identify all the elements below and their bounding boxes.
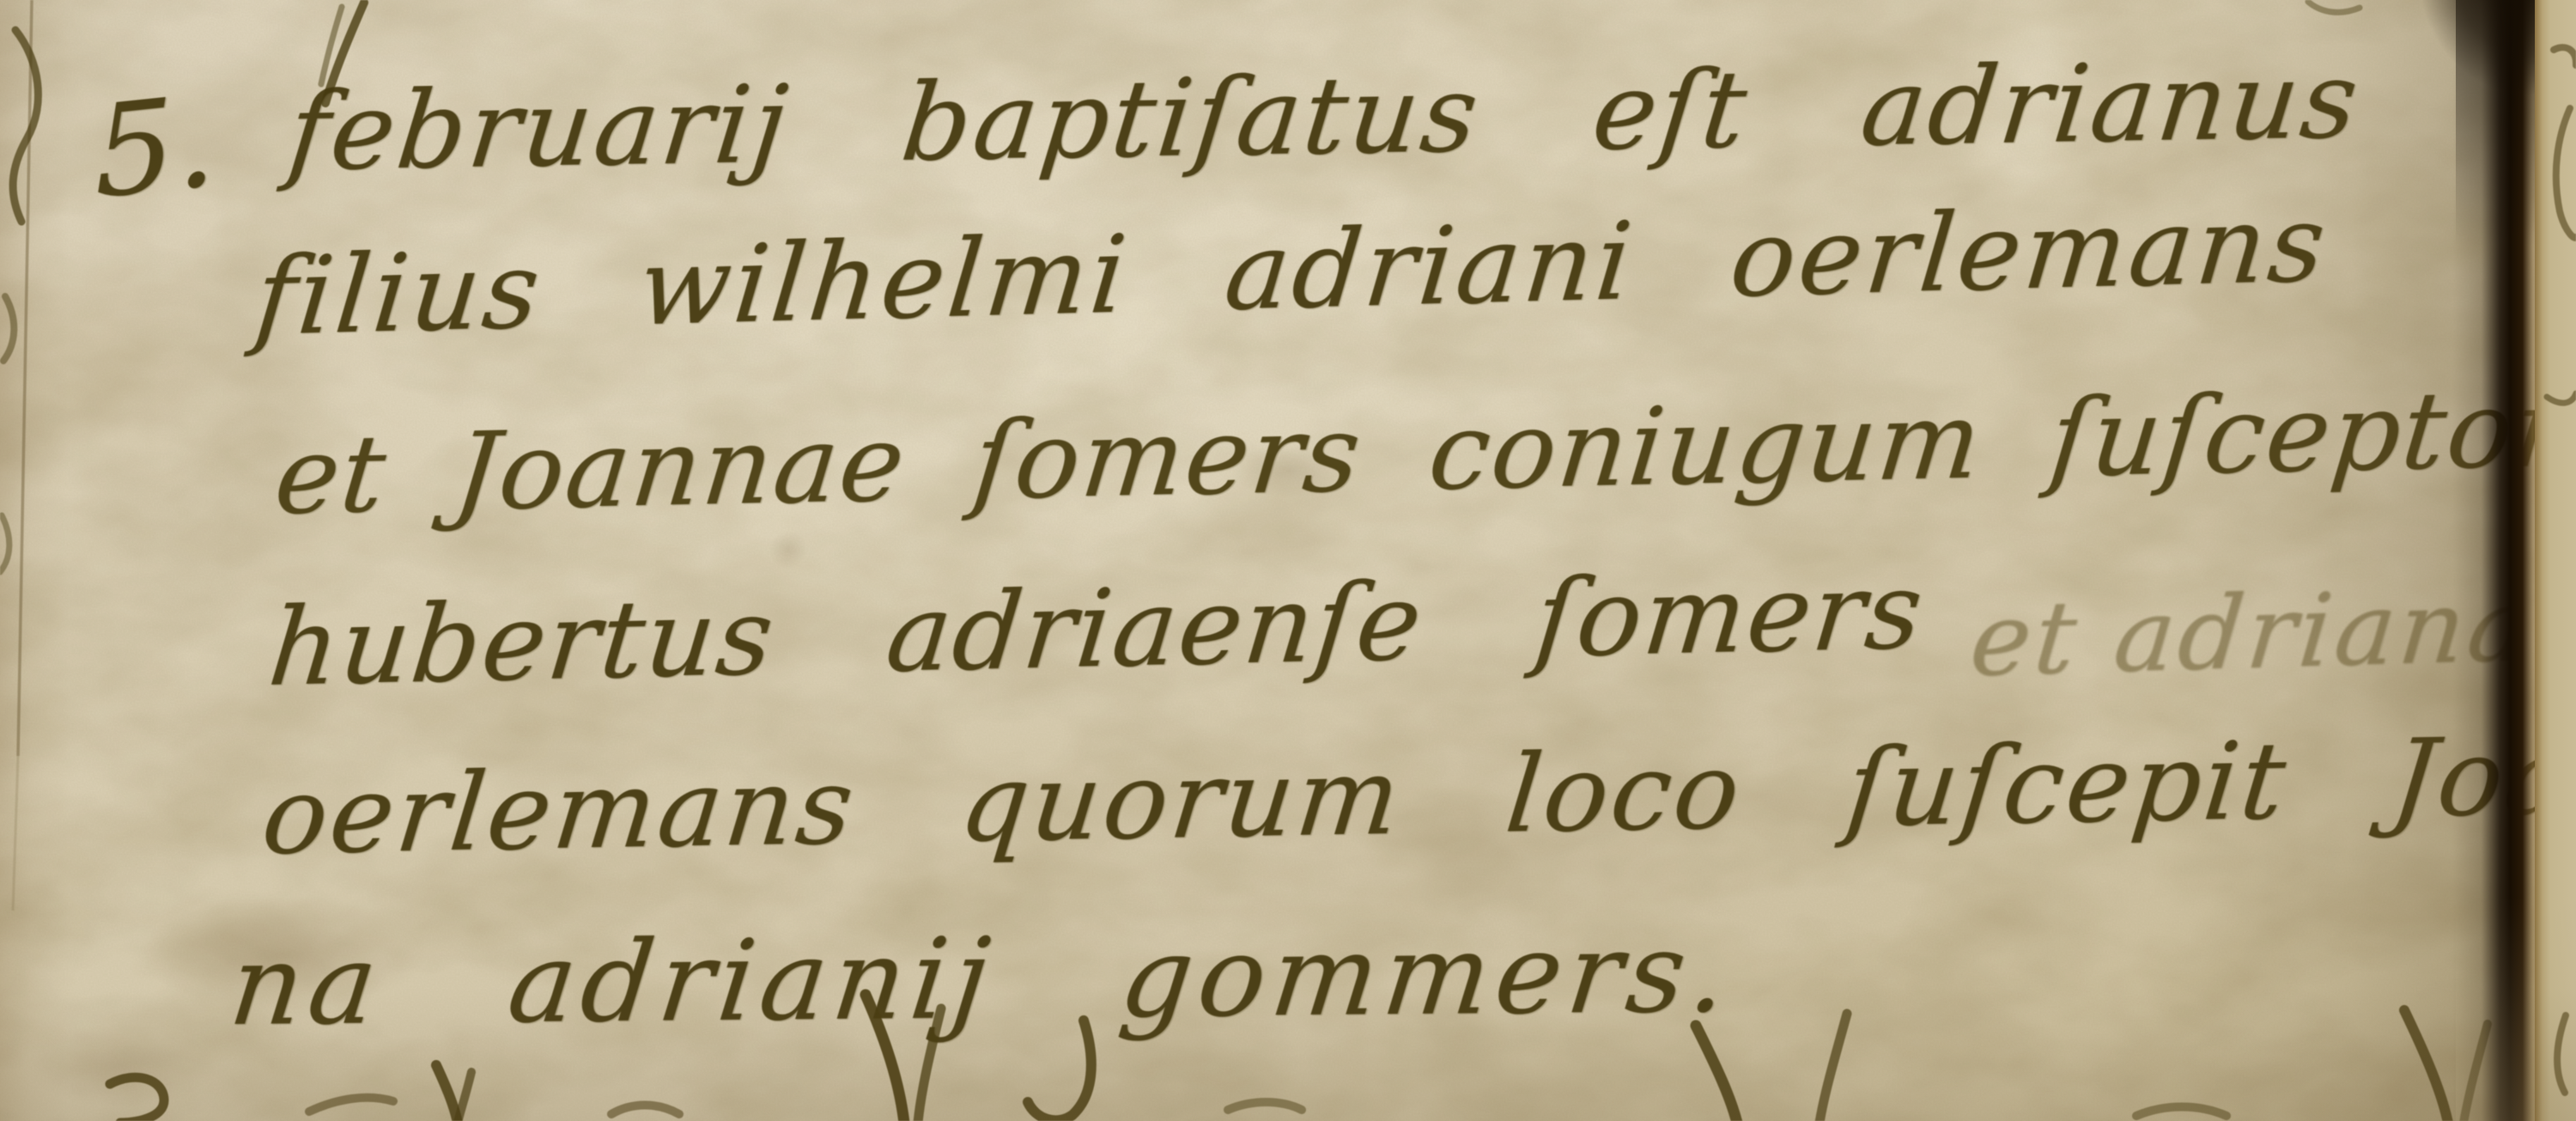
vignette-shading: [0, 0, 2576, 1121]
manuscript-scan: 5. februarij baptiſatus eſt adrianus fil…: [0, 0, 2576, 1121]
